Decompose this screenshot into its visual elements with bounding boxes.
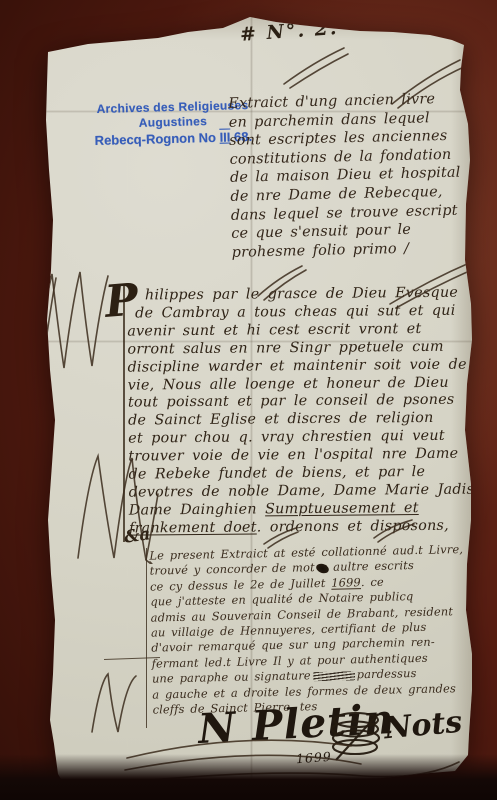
etc-mark: &a	[123, 524, 152, 547]
manuscript-line: de Cambray a tous cheas qui sut et qui	[127, 302, 487, 323]
decorated-initial: P	[103, 278, 140, 324]
photo-scene: # N°. 2.° Archives des Religieuses Augus…	[0, 0, 497, 800]
notary-title: Nots	[383, 705, 464, 747]
pen-flourish	[278, 42, 350, 90]
main-paragraph: P hilippes par le grasce de Dieu Evesque…	[127, 284, 489, 538]
document-number: # N°. 2.°	[239, 16, 350, 46]
signature-year: 1699	[296, 749, 333, 766]
manuscript-line: frankement doet. ordenons et disposons,	[129, 517, 489, 538]
pen-flourish	[80, 666, 142, 738]
manuscript-line: trouver voie de vie en l'ospital nre Dam…	[128, 446, 488, 467]
manuscript-line: devotres de noble Dame, Dame Marie Jadis	[129, 481, 489, 502]
margin-rule	[146, 548, 147, 728]
paper-wrapper: # N°. 2.° Archives des Religieuses Augus…	[28, 14, 473, 792]
heading-paragraph: Extraict d'ung ancien livre en parchemin…	[228, 89, 482, 262]
document-paper: # N°. 2.° Archives des Religieuses Augus…	[28, 14, 473, 792]
manuscript-line: tout poissant et par le conseil de psone…	[128, 392, 488, 413]
ink-strikeout	[313, 671, 355, 681]
notary-knot-icon	[328, 706, 386, 768]
